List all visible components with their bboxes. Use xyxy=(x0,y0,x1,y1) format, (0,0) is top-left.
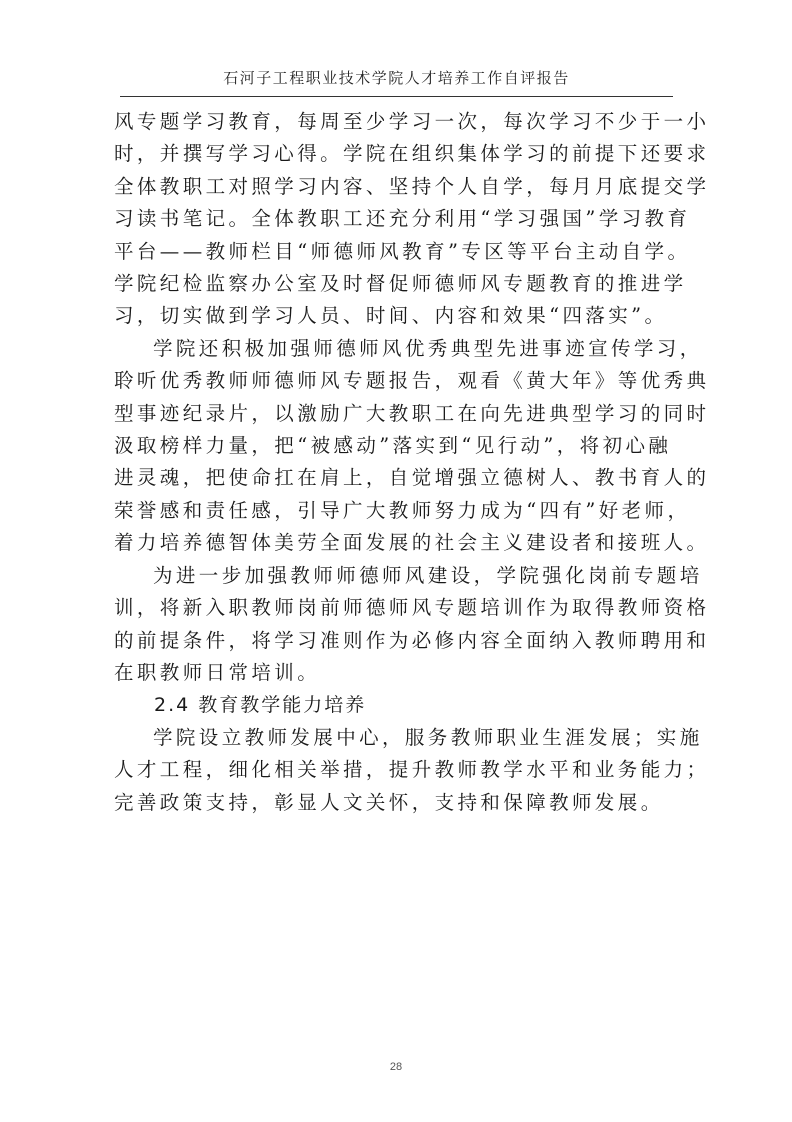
text-line: 的前提条件，将学习准则作为必修内容全面纳入教师聘用和 xyxy=(114,625,676,657)
page-number: 28 xyxy=(0,1061,792,1073)
text-line: 习，切实做到学习人员、时间、内容和效果“四落实”。 xyxy=(114,300,676,332)
text-line: 人才工程，细化相关举措，提升教师教学水平和业务能力； xyxy=(114,754,676,786)
document-page: 石河子工程职业技术学院人才培养工作自评报告 风专题学习教育，每周至少学习一次，每… xyxy=(0,0,792,1122)
text-line: 全体教职工对照学习内容、坚持个人自学，每月月底提交学 xyxy=(114,171,676,203)
running-header: 石河子工程职业技术学院人才培养工作自评报告 xyxy=(120,64,673,97)
text-line: 在职教师日常培训。 xyxy=(114,657,676,689)
paragraph-3: 为进一步加强教师师德师风建设，学院强化岗前专题培 训，将新入职教师岗前师德师风专… xyxy=(114,560,676,690)
text-line: 聆听优秀教师师德师风专题报告，观看《黄大年》等优秀典 xyxy=(114,365,676,397)
paragraph-1: 风专题学习教育，每周至少学习一次，每次学习不少于一小 时，并撰写学习心得。学院在… xyxy=(114,106,676,333)
text-line: 平台——教师栏目“师德师风教育”专区等平台主动自学。 xyxy=(114,236,676,268)
text-line: 汲取榜样力量，把“被感动”落实到“见行动”，将初心融 xyxy=(114,430,676,462)
text-line: 完善政策支持，彰显人文关怀，支持和保障教师发展。 xyxy=(114,787,676,819)
section-heading: 2.4 教育教学能力培养 xyxy=(114,689,676,721)
text-line: 时，并撰写学习心得。学院在组织集体学习的前提下还要求 xyxy=(114,138,676,170)
text-line: 型事迹纪录片，以激励广大教职工在向先进典型学习的同时 xyxy=(114,398,676,430)
paragraph-2: 学院还积极加强师德师风优秀典型先进事迹宣传学习， 聆听优秀教师师德师风专题报告，… xyxy=(114,333,676,560)
text-line: 荣誉感和责任感，引导广大教师努力成为“四有”好老师， xyxy=(114,495,676,527)
text-line: 学院还积极加强师德师风优秀典型先进事迹宣传学习， xyxy=(114,333,676,365)
text-line: 风专题学习教育，每周至少学习一次，每次学习不少于一小 xyxy=(114,106,676,138)
body-text: 风专题学习教育，每周至少学习一次，每次学习不少于一小 时，并撰写学习心得。学院在… xyxy=(114,106,676,819)
text-line: 进灵魂，把使命扛在肩上，自觉增强立德树人、教书育人的 xyxy=(114,462,676,494)
section-paragraph: 学院设立教师发展中心，服务教师职业生涯发展；实施 人才工程，细化相关举措，提升教… xyxy=(114,722,676,819)
text-line: 训，将新入职教师岗前师德师风专题培训作为取得教师资格 xyxy=(114,592,676,624)
text-line: 为进一步加强教师师德师风建设，学院强化岗前专题培 xyxy=(114,560,676,592)
text-line: 着力培养德智体美劳全面发展的社会主义建设者和接班人。 xyxy=(114,527,676,559)
text-line: 学院设立教师发展中心，服务教师职业生涯发展；实施 xyxy=(114,722,676,754)
text-line: 习读书笔记。全体教职工还充分利用“学习强国”学习教育 xyxy=(114,203,676,235)
text-line: 学院纪检监察办公室及时督促师德师风专题教育的推进学 xyxy=(114,268,676,300)
